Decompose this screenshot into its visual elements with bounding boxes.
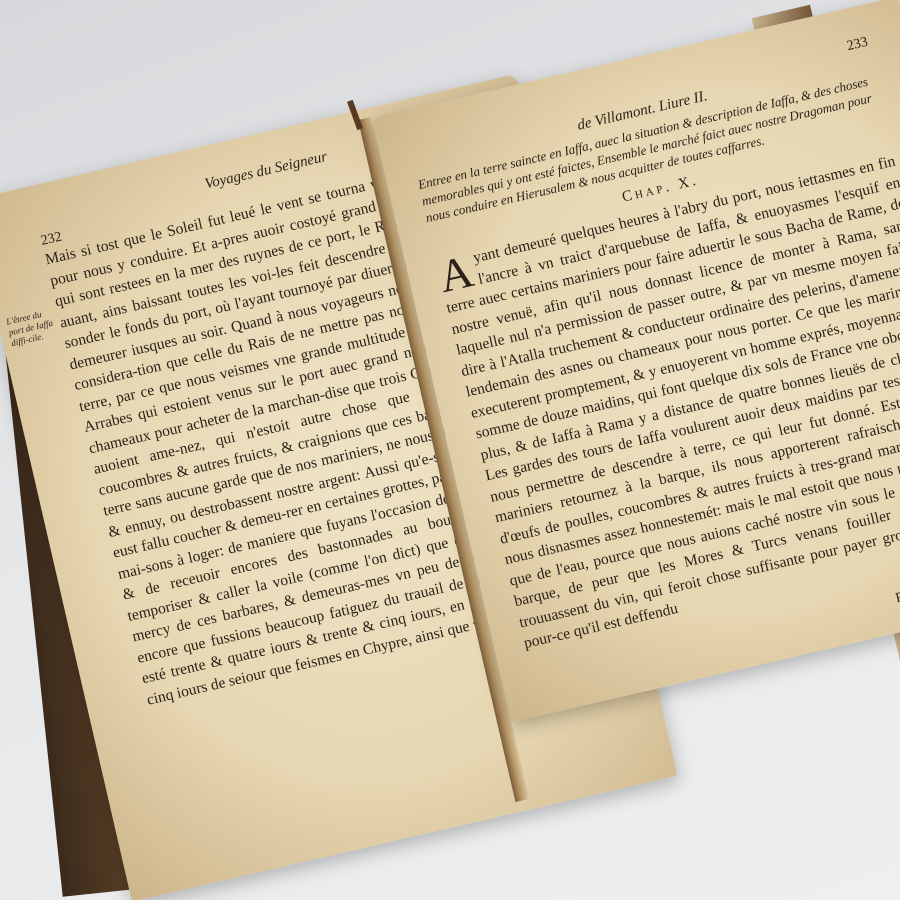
- margin-note: L'êtree du port de Iaffa diffi-cile.: [5, 306, 59, 349]
- drop-cap: A: [435, 251, 476, 297]
- open-book: Voyages du Seigneur 232 L'êtree du port …: [0, 0, 900, 900]
